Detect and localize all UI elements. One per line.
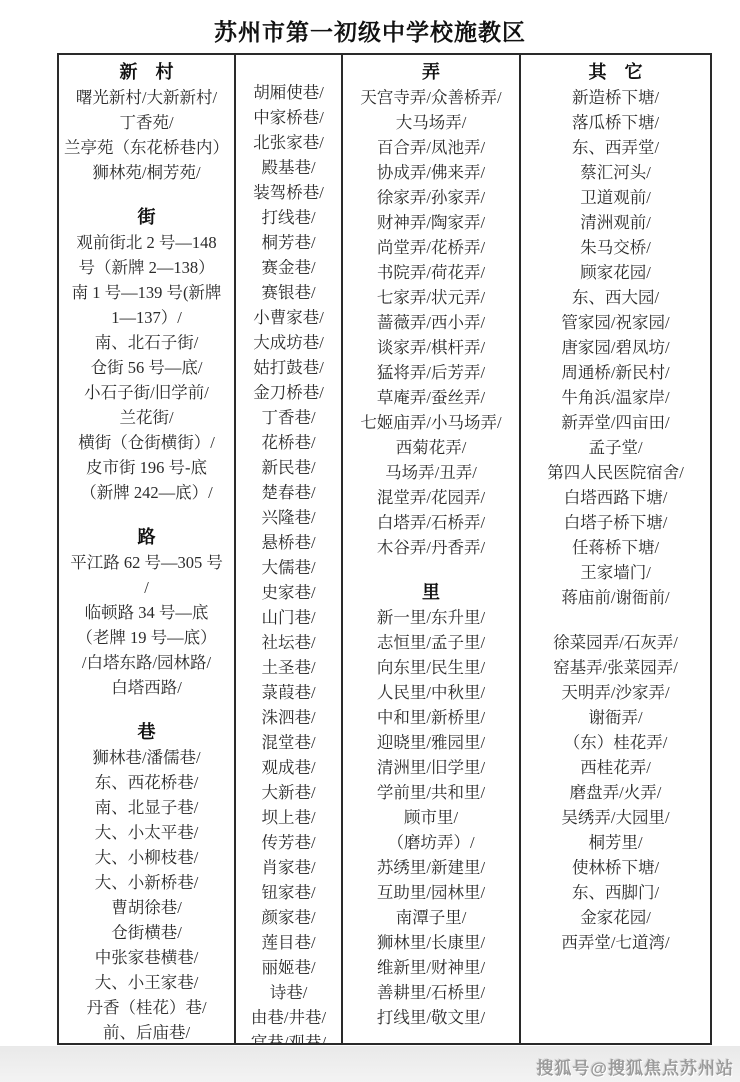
list-item: 桐芳里/ [521,830,710,855]
list-item: 姑打鼓巷/ [236,355,341,380]
list-item: 仓街 56 号—底/ [59,355,234,380]
list-item: 悬桥巷/ [236,530,341,555]
list-item: 菉葭巷/ [236,680,341,705]
list-item: 混堂巷/ [236,730,341,755]
list-item: 白塔子桥下塘/ [521,510,710,535]
section: 弄天宫寺弄/众善桥弄/大马场弄/百合弄/凤池弄/协成弄/佛来弄/徐家弄/孙家弄/… [343,60,519,560]
list-item: 新一里/东升里/ [343,605,519,630]
list-item: 卫道观前/ [521,185,710,210]
section-header: 弄 [343,60,519,85]
list-item: 殿基巷/ [236,155,341,180]
list-item: 百合弄/凤池弄/ [343,135,519,160]
list-item: 小曹家巷/ [236,305,341,330]
list-item: 学前里/共和里/ [343,780,519,805]
list-item: 打线里/敬文里/ [343,1005,519,1030]
list-item: 肖家巷/ [236,855,341,880]
page-title: 苏州市第一初级中学校施教区 [0,14,740,47]
list-item: 前、后庙巷/ [59,1020,234,1043]
list-item: 新造桥下塘/ [521,85,710,110]
list-item: 北张家巷/ [236,130,341,155]
school-district-table: 新 村曙光新村/大新新村/丁香苑/兰亭苑（东花桥巷内）狮林苑/桐芳苑/街观前街北… [57,53,712,1045]
list-item: 洙泗巷/ [236,705,341,730]
list-item: 志恒里/孟子里/ [343,630,519,655]
list-item: 蒋庙前/谢衙前/ [521,585,710,610]
list-item: （老牌 19 号—底） [59,625,234,650]
list-item: 西桂花弄/ [521,755,710,780]
list-item: 白塔西路下塘/ [521,485,710,510]
list-item: 胡厢使巷/ [236,80,341,105]
list-item: 社坛巷/ [236,630,341,655]
list-item: 丁香巷/ [236,405,341,430]
list-item: 1—137）/ [59,305,234,330]
list-item: 吴绣弄/大园里/ [521,805,710,830]
list-item: 中家桥巷/ [236,105,341,130]
list-item: 兴隆巷/ [236,505,341,530]
list-item: 顾家花园/ [521,260,710,285]
section: 路平江路 62 号—305 号/临顿路 34 号—底（老牌 19 号—底）/白塔… [59,525,234,700]
list-item: 蔡汇河头/ [521,160,710,185]
footer-strip: 搜狐号@搜狐焦点苏州站 [0,1046,740,1082]
list-item: 楚春巷/ [236,480,341,505]
section-header: 街 [59,205,234,230]
section: 街观前街北 2 号—148号（新牌 2—138）南 1 号—139 号(新牌1—… [59,205,234,505]
list-item: 曙光新村/大新新村/ [59,85,234,110]
list-item: 由巷/井巷/ [236,1005,341,1030]
list-item: 皮市街 196 号-底 [59,455,234,480]
list-item: 横街（仓街横街）/ [59,430,234,455]
section-header: 其 它 [521,60,710,85]
list-item: 大儒巷/ [236,555,341,580]
list-item: 窑基弄/张菜园弄/ [521,655,710,680]
column-xiang-continued: 胡厢使巷/中家桥巷/北张家巷/殿基巷/装驾桥巷/打线巷/桐芳巷/赛金巷/赛银巷/… [236,55,343,1043]
list-item: （磨坊弄）/ [343,830,519,855]
list-item: （东）桂花弄/ [521,730,710,755]
list-item: 装驾桥巷/ [236,180,341,205]
list-item: 大马场弄/ [343,110,519,135]
list-item: 花桥巷/ [236,430,341,455]
list-item: 白塔弄/石桥弄/ [343,510,519,535]
list-item: 七姬庙弄/小马场弄/ [343,410,519,435]
list-item: 兰亭苑（东花桥巷内） [59,135,234,160]
section: 里新一里/东升里/志恒里/孟子里/向东里/民生里/人民里/中秋里/中和里/新桥里… [343,580,519,1030]
section: 其 它新造桥下塘/落瓜桥下塘/东、西弄堂/蔡汇河头/卫道观前/清洲观前/朱马交桥… [521,60,710,610]
list-item: 狮林苑/桐芳苑/ [59,160,234,185]
list-item: 王家墙门/ [521,560,710,585]
list-item: 东、西脚门/ [521,880,710,905]
list-item: 孟子堂/ [521,435,710,460]
list-item: 丁香苑/ [59,110,234,135]
list-item: 颜家巷/ [236,905,341,930]
list-item: 曹胡徐巷/ [59,895,234,920]
section: 新 村曙光新村/大新新村/丁香苑/兰亭苑（东花桥巷内）狮林苑/桐芳苑/ [59,60,234,185]
list-item: 狮林里/长康里/ [343,930,519,955]
section-header: 巷 [59,720,234,745]
list-item: 丽姬巷/ [236,955,341,980]
list-item: 落瓜桥下塘/ [521,110,710,135]
list-item: 使林桥下塘/ [521,855,710,880]
list-item: 朱马交桥/ [521,235,710,260]
list-item: 金刀桥巷/ [236,380,341,405]
watermark-text: 搜狐号@搜狐焦点苏州站 [536,1054,734,1079]
list-item: 南、北显子巷/ [59,795,234,820]
list-item: 磨盘弄/火弄/ [521,780,710,805]
list-item: 大、小新桥巷/ [59,870,234,895]
list-item: /白塔东路/园林路/ [59,650,234,675]
list-item: 东、西弄堂/ [521,135,710,160]
section-header: 新 村 [59,60,234,85]
list-item: 马场弄/丑弄/ [343,460,519,485]
list-item: 谈家弄/棋杆弄/ [343,335,519,360]
list-item: 史家巷/ [236,580,341,605]
list-item: 山门巷/ [236,605,341,630]
list-item: 小石子街/旧学前/ [59,380,234,405]
list-item: 打线巷/ [236,205,341,230]
list-item: 管家园/祝家园/ [521,310,710,335]
list-item: 草庵弄/蚕丝弄/ [343,385,519,410]
list-item: 清洲观前/ [521,210,710,235]
list-item: 新弄堂/四亩田/ [521,410,710,435]
list-item: 任蒋桥下塘/ [521,535,710,560]
list-item: 人民里/中秋里/ [343,680,519,705]
list-item: 西菊花弄/ [343,435,519,460]
list-item: 观成巷/ [236,755,341,780]
list-item: 维新里/财神里/ [343,955,519,980]
list-item: 赛金巷/ [236,255,341,280]
list-item: 财神弄/陶家弄/ [343,210,519,235]
list-item: 桐芳巷/ [236,230,341,255]
list-item: 牛角浜/温家岸/ [521,385,710,410]
column-qita: 其 它新造桥下塘/落瓜桥下塘/东、西弄堂/蔡汇河头/卫道观前/清洲观前/朱马交桥… [521,55,710,1043]
section: 徐菜园弄/石灰弄/窑基弄/张菜园弄/天明弄/沙家弄/谢衙弄/（东）桂花弄/西桂花… [521,630,710,955]
list-item: 号（新牌 2—138） [59,255,234,280]
list-item: 互助里/园林里/ [343,880,519,905]
section: 胡厢使巷/中家桥巷/北张家巷/殿基巷/装驾桥巷/打线巷/桐芳巷/赛金巷/赛银巷/… [236,80,341,1043]
list-item: 唐家园/碧凤坊/ [521,335,710,360]
column-long-li: 弄天宫寺弄/众善桥弄/大马场弄/百合弄/凤池弄/协成弄/佛来弄/徐家弄/孙家弄/… [343,55,521,1043]
list-item: 南 1 号—139 号(新牌 [59,280,234,305]
list-item: 大、小太平巷/ [59,820,234,845]
list-item: 平江路 62 号—305 号 [59,550,234,575]
list-item: 木谷弄/丹香弄/ [343,535,519,560]
list-item: 狮林巷/潘儒巷/ [59,745,234,770]
list-item: 苏绣里/新建里/ [343,855,519,880]
list-item: 南潭子里/ [343,905,519,930]
list-item: 新民巷/ [236,455,341,480]
list-item: 徐家弄/孙家弄/ [343,185,519,210]
list-item: 赛银巷/ [236,280,341,305]
list-item: 谢衙弄/ [521,705,710,730]
list-item: 天宫寺弄/众善桥弄/ [343,85,519,110]
list-item: 东、西花桥巷/ [59,770,234,795]
list-item: 第四人民医院宿舍/ [521,460,710,485]
list-item: 白塔西路/ [59,675,234,700]
list-item: 诗巷/ [236,980,341,1005]
list-item: 传芳巷/ [236,830,341,855]
list-item: 协成弄/佛来弄/ [343,160,519,185]
list-item: 兰花街/ [59,405,234,430]
list-item: 中张家巷横巷/ [59,945,234,970]
list-item: 金家花园/ [521,905,710,930]
list-item: 东、西大园/ [521,285,710,310]
list-item: 猛将弄/后芳弄/ [343,360,519,385]
list-item: 宫巷/观巷/ [236,1030,341,1043]
list-item: 莲目巷/ [236,930,341,955]
list-item: 临顿路 34 号—底 [59,600,234,625]
list-item: 钮家巷/ [236,880,341,905]
list-item: 迎晓里/雅园里/ [343,730,519,755]
list-item: 大新巷/ [236,780,341,805]
list-item: / [59,575,234,600]
list-item: 仓街横巷/ [59,920,234,945]
list-item: 大、小王家巷/ [59,970,234,995]
list-item: 丹香（桂花）巷/ [59,995,234,1020]
list-item: 南、北石子街/ [59,330,234,355]
list-item: 混堂弄/花园弄/ [343,485,519,510]
section-header: 里 [343,580,519,605]
section-header: 路 [59,525,234,550]
list-item: 尚堂弄/花桥弄/ [343,235,519,260]
list-item: 西弄堂/七道湾/ [521,930,710,955]
list-item: 大成坊巷/ [236,330,341,355]
list-item: 观前街北 2 号—148 [59,230,234,255]
list-item: 清洲里/旧学里/ [343,755,519,780]
list-item: 周通桥/新民村/ [521,360,710,385]
list-item: （新牌 242—底）/ [59,480,234,505]
list-item: 蔷薇弄/西小弄/ [343,310,519,335]
list-item: 天明弄/沙家弄/ [521,680,710,705]
column-xincun-jie-lu-xiang: 新 村曙光新村/大新新村/丁香苑/兰亭苑（东花桥巷内）狮林苑/桐芳苑/街观前街北… [59,55,236,1043]
list-item: 中和里/新桥里/ [343,705,519,730]
list-item: 坝上巷/ [236,805,341,830]
list-item: 顾市里/ [343,805,519,830]
list-item: 土圣巷/ [236,655,341,680]
section: 巷狮林巷/潘儒巷/东、西花桥巷/南、北显子巷/大、小太平巷/大、小柳枝巷/大、小… [59,720,234,1043]
list-item: 徐菜园弄/石灰弄/ [521,630,710,655]
list-item: 向东里/民生里/ [343,655,519,680]
list-item: 善耕里/石桥里/ [343,980,519,1005]
list-item: 书院弄/荷花弄/ [343,260,519,285]
list-item: 大、小柳枝巷/ [59,845,234,870]
list-item: 七家弄/状元弄/ [343,285,519,310]
